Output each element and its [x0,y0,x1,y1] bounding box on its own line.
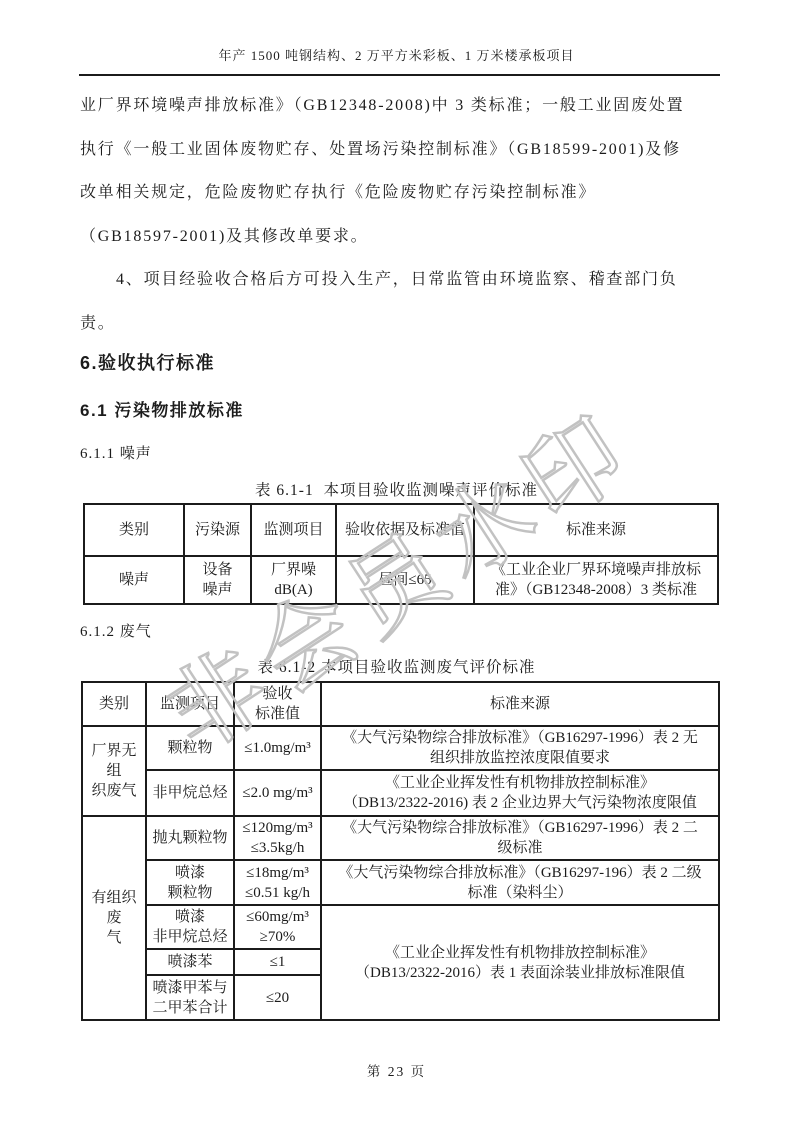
column-header: 验收 标准值 [234,682,321,726]
cell-standard-source: 《大气污染物综合排放标准》（GB16297-1996）表 2 无 组织排放监控浓… [321,726,719,770]
cell-standard-source: 《工业企业挥发性有机物排放控制标准》 （DB13/2322-2016) 表 2 … [321,770,719,816]
column-header: 标准来源 [474,504,718,556]
cell-limit-value: ≤18mg/m³ ≤0.51 kg/h [234,860,321,905]
cell-monitor-item: 厂界噪 dB(A) [251,556,336,604]
cell-limit-value: ≤2.0 mg/m³ [234,770,321,816]
cell-monitor-item: 喷漆苯 [146,949,234,975]
column-header: 污染源 [184,504,251,556]
cell-monitor-item: 非甲烷总烃 [146,770,234,816]
section-heading-6-1-1: 6.1.1 噪声 [80,442,152,463]
column-header: 验收依据及标准值 [336,504,474,556]
body-paragraphs: 业厂界环境噪声排放标准》（GB12348-2008)中 3 类标准；一般工业固废… [80,84,722,345]
cell-limit-value: ≤120mg/m³ ≤3.5kg/h [234,816,321,860]
column-header: 类别 [82,682,146,726]
table-6-1-2-caption: 表 6.1-2 本项目验收监测废气评价标准 [0,655,793,677]
cell-monitor-item: 喷漆 非甲烷总烃 [146,905,234,949]
column-header: 类别 [84,504,184,556]
cell-limit-value: ≤1.0mg/m³ [234,726,321,770]
column-header: 监测项目 [251,504,336,556]
cell-standard-source: 《工业企业厂界环境噪声排放标 准》（GB12348-2008）3 类标准 [474,556,718,604]
cell-pollution-source: 设备 噪声 [184,556,251,604]
column-header: 监测项目 [146,682,234,726]
cell-category-unorganized: 厂界无组 织废气 [82,726,146,816]
paragraph-line: 改单相关规定，危险废物贮存执行《危险废物贮存污染控制标准》 [80,171,722,215]
section-heading-6-1-2: 6.1.2 废气 [80,620,152,641]
cell-standard-source: 《大气污染物综合排放标准》（GB16297-196）表 2 二级 标准（染料尘） [321,860,719,905]
table-row: 厂界无组 织废气 颗粒物 ≤1.0mg/m³ 《大气污染物综合排放标准》（GB1… [82,726,719,770]
cell-limit-value: ≤1 [234,949,321,975]
cell-standard-source: 《大气污染物综合排放标准》（GB16297-1996）表 2 二 级标准 [321,816,719,860]
paragraph-line: 4、项目经验收合格后方可投入生产，日常监管由环境监察、稽查部门负 [80,258,722,302]
table-row: 噪声 设备 噪声 厂界噪 dB(A) 昼间≤65 《工业企业厂界环境噪声排放标 … [84,556,718,604]
table-row: 有组织废 气 抛丸颗粒物 ≤120mg/m³ ≤3.5kg/h 《大气污染物综合… [82,816,719,860]
table-6-1-1-caption: 表 6.1-1 本项目验收监测噪声评价标准 [0,478,793,500]
cell-category-organized: 有组织废 气 [82,816,146,1020]
table-header-row: 类别 监测项目 验收 标准值 标准来源 [82,682,719,726]
table-6-1-1-noise-standards: 类别 污染源 监测项目 验收依据及标准值 标准来源 噪声 设备 噪声 厂界噪 d… [83,503,719,605]
paragraph-line: 责。 [80,302,722,346]
table-header-row: 类别 污染源 监测项目 验收依据及标准值 标准来源 [84,504,718,556]
table-row: 非甲烷总烃 ≤2.0 mg/m³ 《工业企业挥发性有机物排放控制标准》 （DB1… [82,770,719,816]
page-header-title: 年产 1500 吨钢结构、2 万平方米彩板、1 万米楼承板项目 [0,45,793,64]
paragraph-line: 业厂界环境噪声排放标准》（GB12348-2008)中 3 类标准；一般工业固废… [80,84,722,128]
table-6-1-2-gas-standards: 类别 监测项目 验收 标准值 标准来源 厂界无组 织废气 颗粒物 ≤1.0mg/… [81,681,720,1021]
cell-monitor-item: 喷漆甲苯与 二甲苯合计 [146,975,234,1020]
header-rule [79,74,720,76]
paragraph-line: 执行《一般工业固体废物贮存、处置场污染控制标准》（GB18599-2001)及修 [80,128,722,172]
paragraph-line: （GB18597-2001)及其修改单要求。 [80,215,722,259]
table-row: 喷漆 颗粒物 ≤18mg/m³ ≤0.51 kg/h 《大气污染物综合排放标准》… [82,860,719,905]
section-heading-6-1: 6.1 污染物排放标准 [80,396,244,421]
table-row: 喷漆 非甲烷总烃 ≤60mg/m³ ≥70% 《工业企业挥发性有机物排放控制标准… [82,905,719,949]
document-page: 年产 1500 吨钢结构、2 万平方米彩板、1 万米楼承板项目 业厂界环境噪声排… [0,0,793,1122]
cell-limit-value: 昼间≤65 [336,556,474,604]
page-number: 第 23 页 [0,1060,793,1080]
cell-limit-value: ≤20 [234,975,321,1020]
section-heading-6: 6.验收执行标准 [80,349,215,375]
column-header: 标准来源 [321,682,719,726]
cell-category: 噪声 [84,556,184,604]
cell-monitor-item: 颗粒物 [146,726,234,770]
cell-monitor-item: 抛丸颗粒物 [146,816,234,860]
cell-limit-value: ≤60mg/m³ ≥70% [234,905,321,949]
cell-monitor-item: 喷漆 颗粒物 [146,860,234,905]
cell-standard-source-merged: 《工业企业挥发性有机物排放控制标准》 （DB13/2322-2016）表 1 表… [321,905,719,1020]
